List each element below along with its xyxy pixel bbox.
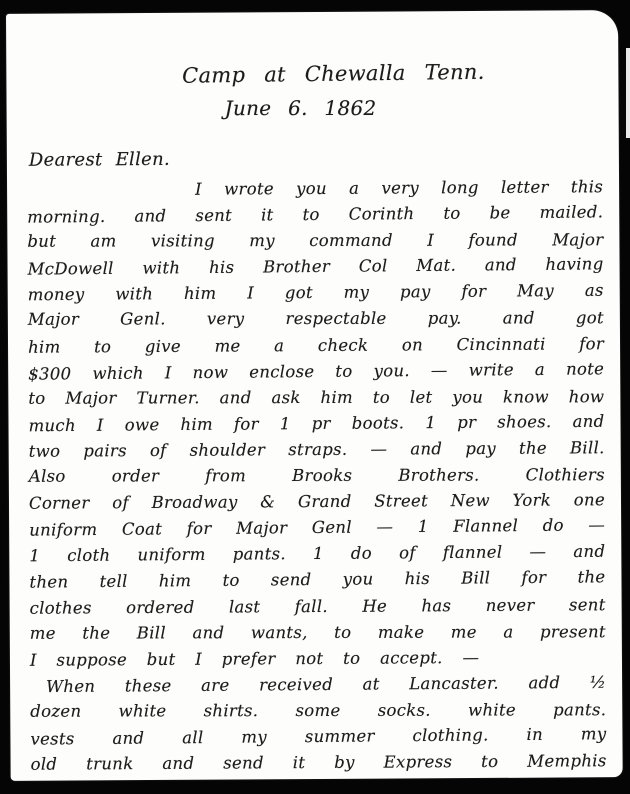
letter-salutation: Dearest Ellen.: [29, 149, 170, 171]
letter-line: money with him I got my pay for May as: [28, 278, 604, 309]
letter-line: dozen white shirts. some socks. white pa…: [30, 697, 606, 725]
letter-line: old trunk and send it by Express to Memp…: [31, 748, 607, 778]
letter-paper: Camp at Chewalla Tenn. June 6. 1862 Dear…: [6, 10, 623, 781]
letter-line: When these are received at Lancaster. ad…: [30, 669, 606, 700]
letter-line: I suppose but I prefer not to accept. —: [30, 645, 479, 674]
letter-line: Major Genl. very respectable pay. and go…: [28, 306, 604, 334]
letter-body: I wrote you a very long letter this morn…: [27, 174, 607, 778]
letter-line: clothes ordered last fall. He has never …: [30, 592, 606, 622]
scanner-edge-artifact: [626, 48, 630, 138]
letter-line: but am visiting my command I found Major: [27, 227, 603, 255]
scanned-letter-page: Camp at Chewalla Tenn. June 6. 1862 Dear…: [0, 0, 630, 794]
letter-line: me the Bill and wants, to make me a pres…: [30, 619, 606, 647]
letter-line: much I owe him for 1 pr boots. 1 pr shoe…: [28, 409, 604, 440]
letter-line: to Major Turner. and ask him to let you …: [28, 384, 604, 412]
letter-heading-date: June 6. 1862: [7, 96, 619, 121]
letter-line: Also order from Brooks Brothers. Clothie…: [29, 462, 605, 490]
letter-line: two pairs of shoulder straps. — and pay …: [29, 435, 605, 465]
letter-line: morning. and sent it to Corinth to be ma…: [27, 199, 603, 230]
letter-line: $300 which I now enclose to you. — write…: [28, 356, 604, 387]
letter-heading-place: Camp at Chewalla Tenn.: [6, 58, 618, 90]
letter-line: him to give me a check on Cincinnati for: [28, 331, 604, 361]
letter-line: vests and all my summer clothing. in my: [30, 721, 606, 752]
